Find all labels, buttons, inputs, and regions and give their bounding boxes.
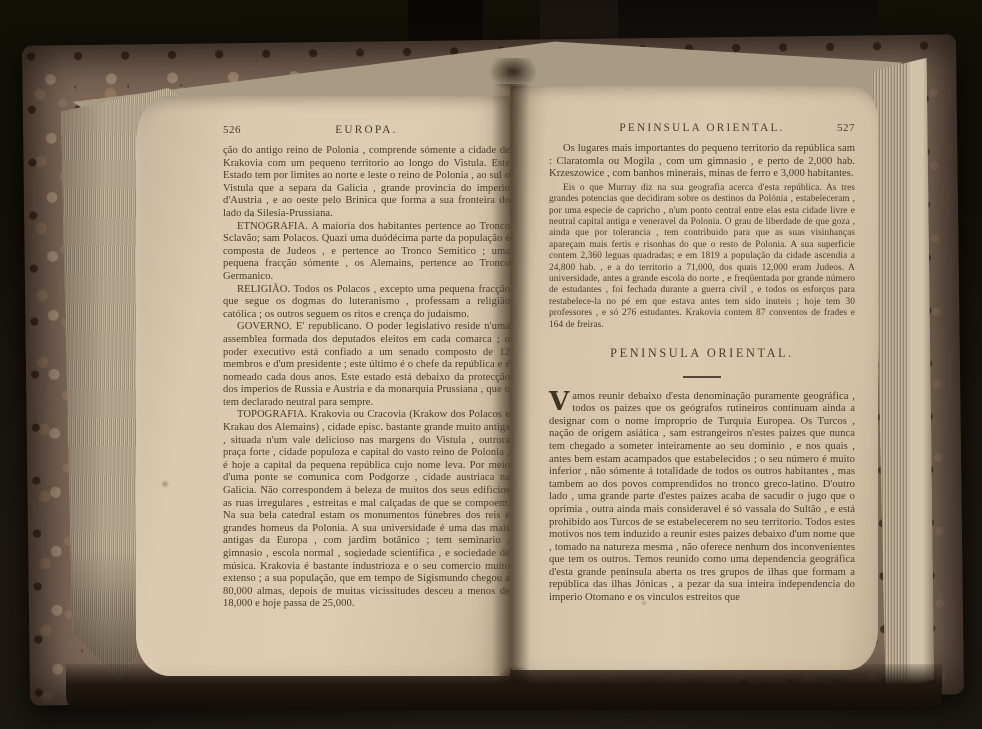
paragraph-with-dropcap: Vamos reunir debaixo d'esta denominação … <box>549 391 855 605</box>
foxing-spot <box>160 480 170 488</box>
left-running-head: EUROPA. <box>257 124 476 136</box>
book-photo: 526 EUROPA. ção do antigo reino de Polon… <box>0 0 982 729</box>
section-divider-rule <box>683 376 721 378</box>
section-heading: PENINSULA ORIENTAL. <box>549 346 855 361</box>
left-page-text-column: 526 EUROPA. ção do antigo reino de Polon… <box>223 124 510 611</box>
spine-notch-top <box>478 58 548 104</box>
left-page-header: 526 EUROPA. <box>223 124 510 136</box>
right-running-head: PENINSULA ORIENTAL. <box>583 122 821 134</box>
paragraph: Os lugares mais importantes do pequeno t… <box>549 143 855 181</box>
right-page-number: 527 <box>821 122 855 134</box>
paragraph: TOPOGRAFIA. Krakovia ou Cracovia (Krakow… <box>223 409 510 611</box>
left-page-number: 526 <box>223 124 257 136</box>
right-page-text-column: PENINSULA ORIENTAL. 527 Os lugares mais … <box>549 122 855 605</box>
paragraph: GOVERNO. E' republicano. O poder legisla… <box>223 321 510 409</box>
paragraph: ção do antigo reino de Polonia , compren… <box>223 145 510 221</box>
right-page-header: PENINSULA ORIENTAL. 527 <box>549 122 855 134</box>
paragraph: ETNOGRAFIA. A maioria dos habitantes per… <box>223 221 510 284</box>
paragraph-small-print: Eis o que Murray diz na sua geografia ac… <box>549 183 855 331</box>
paragraph: RELIGIÃO. Todos os Polacos , excepto uma… <box>223 284 510 322</box>
spine-notch-bottom <box>488 652 542 694</box>
